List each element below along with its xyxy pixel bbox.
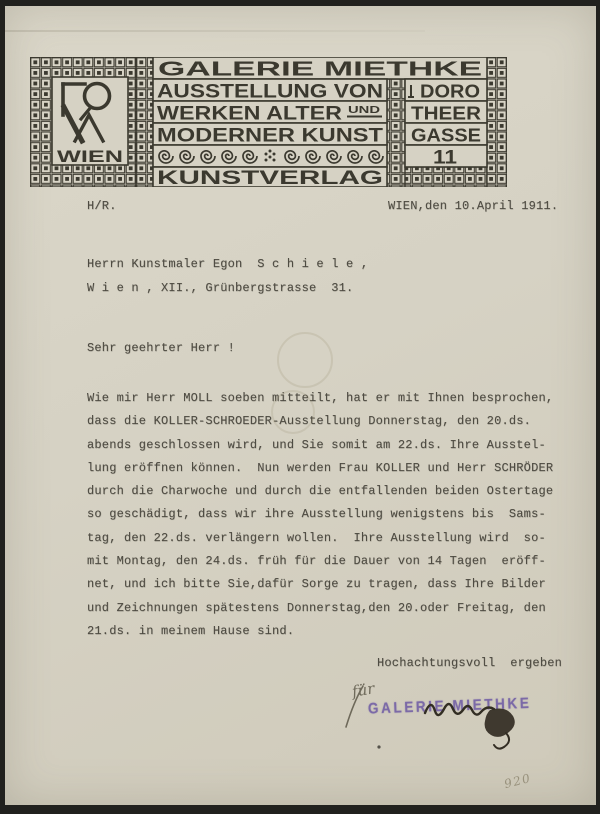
paper-crease xyxy=(5,30,425,32)
recipient-name: Herrn Kunstmaler Egon S c h i e l e , xyxy=(87,257,368,271)
recipient-address: W i e n , XII., Grünbergstrasse 31. xyxy=(87,281,353,295)
salutation: Sehr geehrter Herr ! xyxy=(87,341,235,355)
letter-body: Wie mir Herr MOLL soeben mitteilt, hat e… xyxy=(87,387,553,643)
reference-initials: H/R. xyxy=(87,199,117,213)
scanned-letter-page: { "letterhead": { "monogram": "HO", "cit… xyxy=(0,0,600,814)
handwritten-fuer: für xyxy=(351,679,376,700)
dateline: WIEN,den 10.April 1911. xyxy=(388,199,558,213)
closing-formula: Hochachtungsvoll ergeben xyxy=(377,656,562,670)
